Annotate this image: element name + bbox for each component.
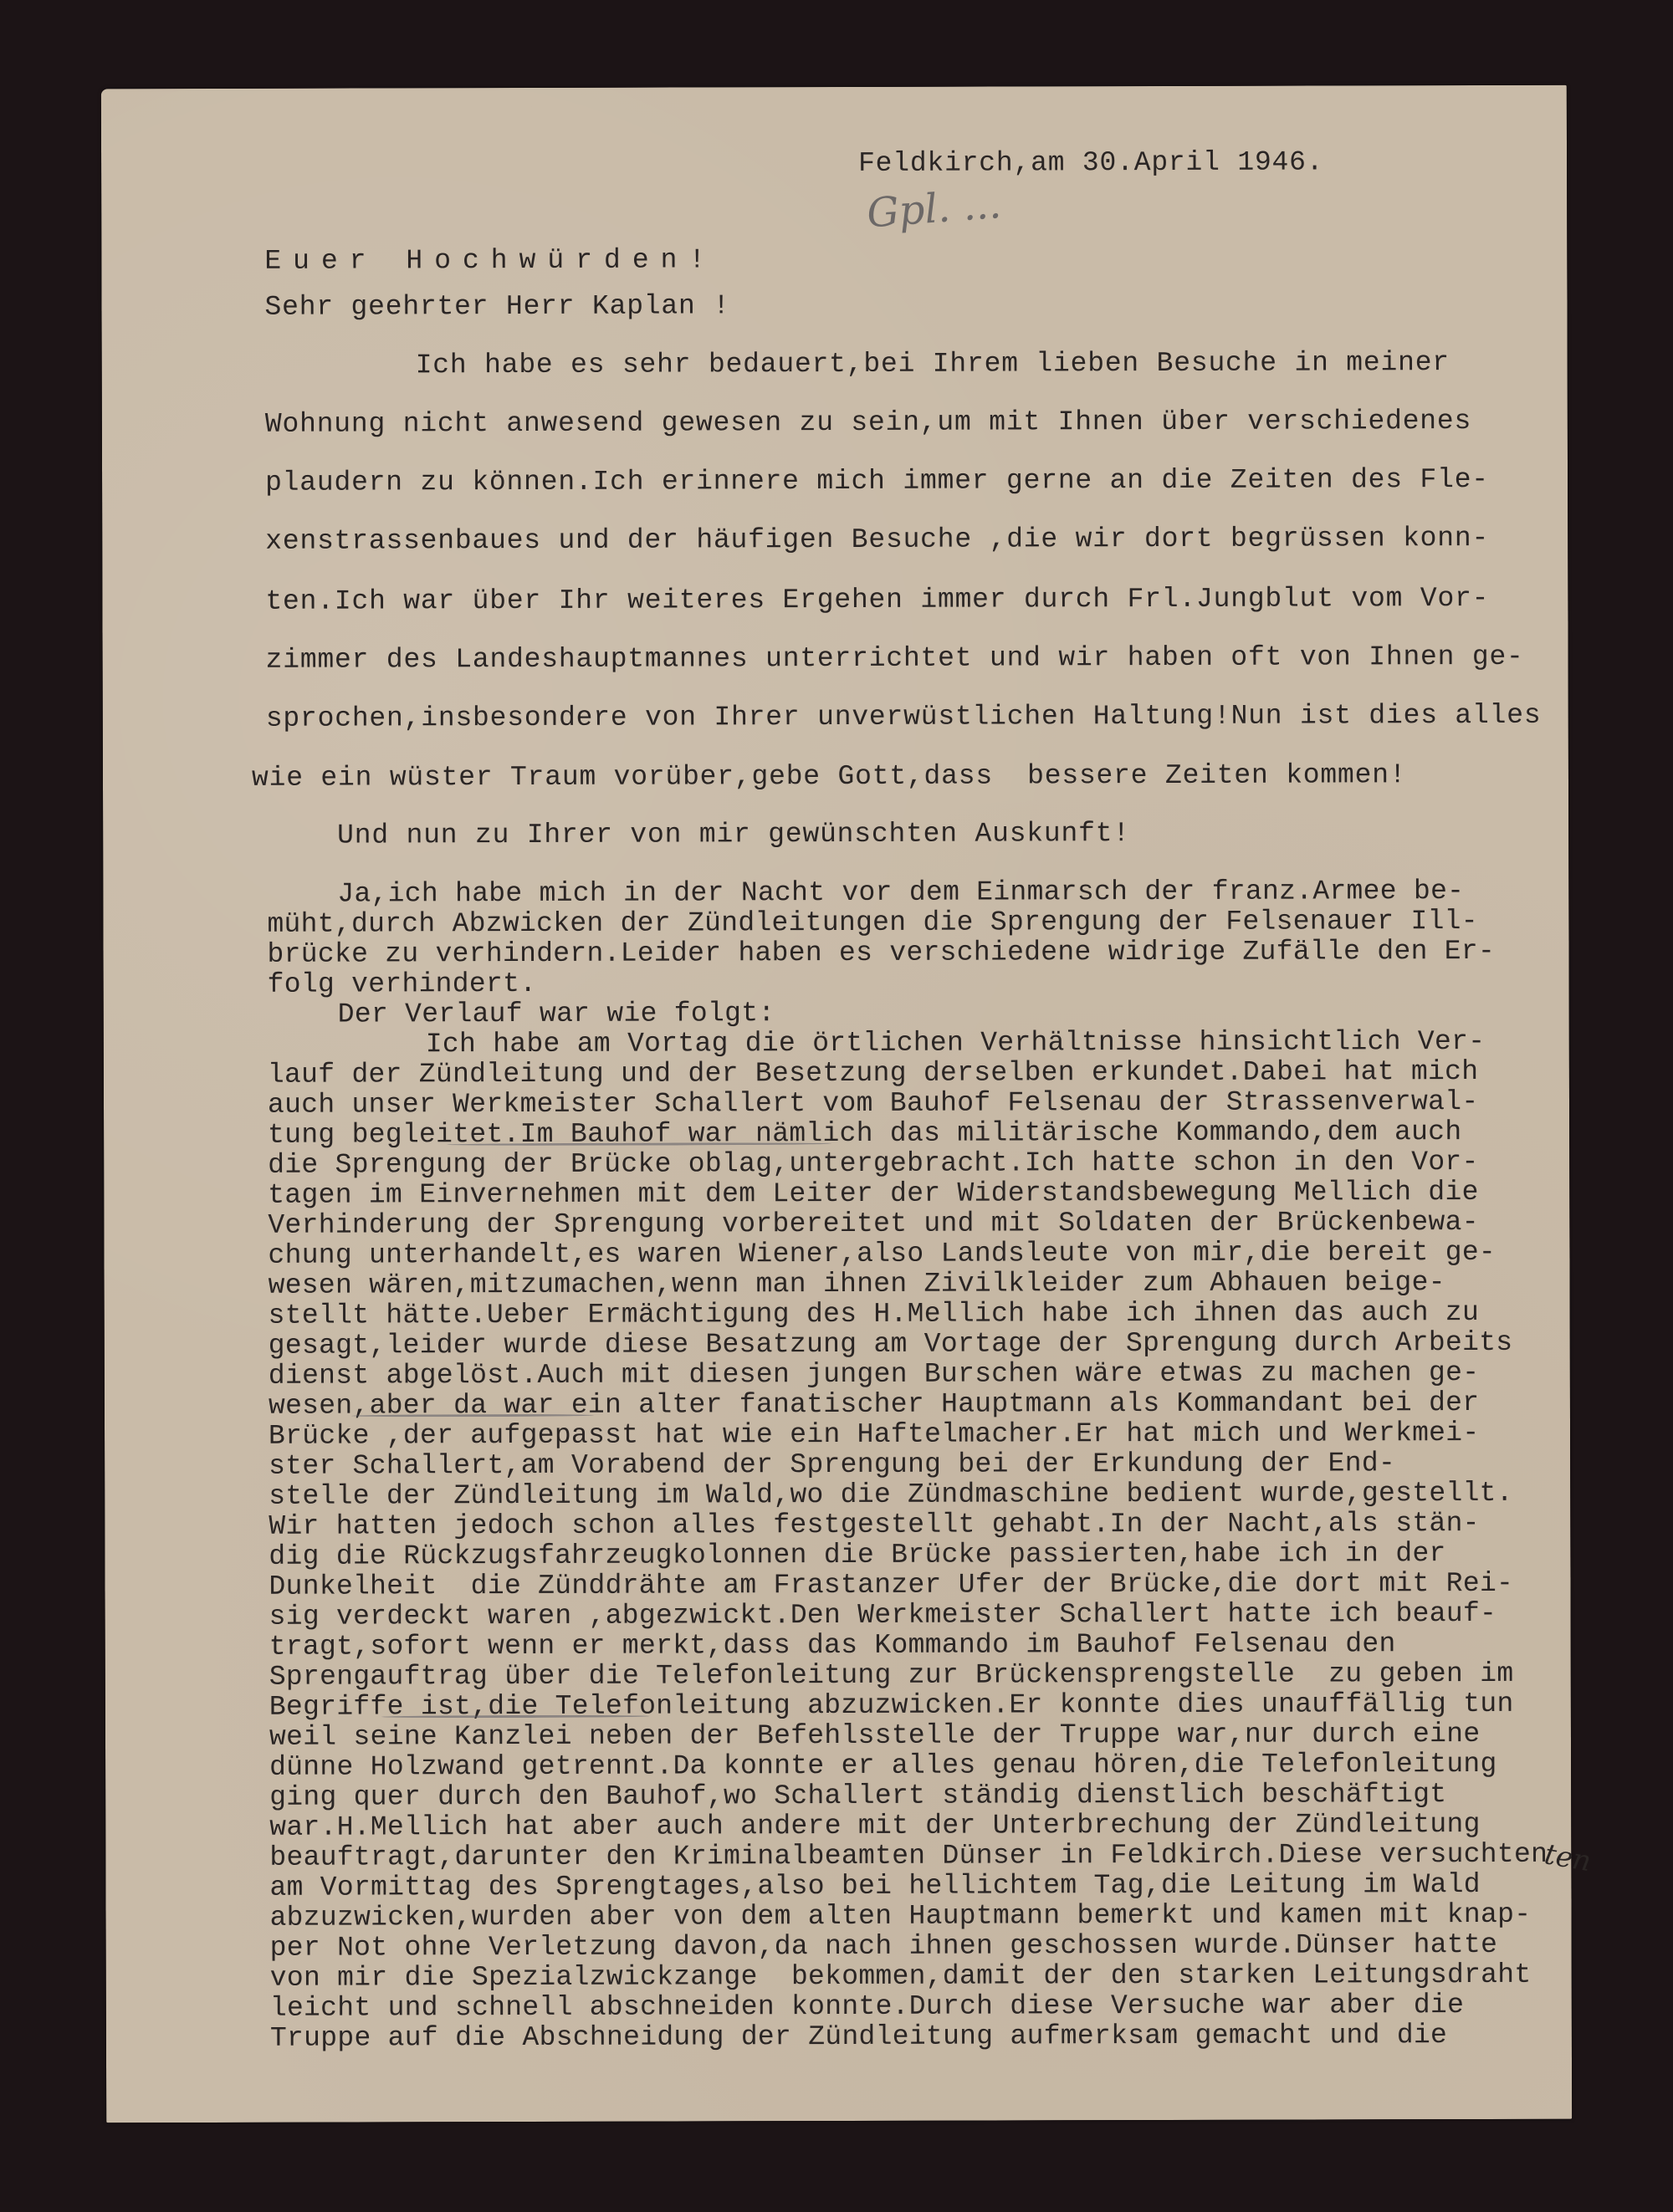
p5-line: gesagt,leider wurde diese Besatzung am V… bbox=[269, 1329, 1513, 1360]
p5-line: Truppe auf die Abschneidung der Zündleit… bbox=[270, 2021, 1447, 2052]
p5-line: am Vormittag des Sprengtages,also bei he… bbox=[269, 1871, 1481, 1902]
p1-line: Wohnung nicht anwesend gewesen zu sein,u… bbox=[265, 407, 1471, 438]
p5-line: von mir die Spezialzwickzange bekommen,d… bbox=[270, 1961, 1532, 1992]
p5-line: tagen im Einvernehmen mit dem Leiter der… bbox=[268, 1178, 1479, 1209]
p5-line: per Not ohne Verletzung davon,da nach ih… bbox=[270, 1931, 1498, 1962]
p5-line: abzuzwicken,wurden aber von dem alten Ha… bbox=[270, 1901, 1532, 1932]
p3-line: Ja,ich habe mich in der Nacht vor dem Ei… bbox=[337, 877, 1464, 908]
p5-line: Wir hatten jedoch schon alles festgestel… bbox=[269, 1510, 1480, 1540]
p5-line: wesen wären,mitzumachen,wenn man ihnen Z… bbox=[269, 1269, 1445, 1300]
handwritten-annotation: Gpl. ... bbox=[865, 181, 1002, 237]
p5-line: chung unterhandelt,es waren Wiener,also … bbox=[268, 1239, 1496, 1269]
p1-line: zimmer des Landeshauptmannes unterrichte… bbox=[266, 643, 1524, 674]
p4-line: Der Verlauf war wie folgt: bbox=[338, 999, 775, 1028]
p5-line: dig die Rückzugsfahrzeugkolonnen die Brü… bbox=[269, 1540, 1445, 1571]
p1-line: xenstrassenbaues und der häufigen Besuch… bbox=[265, 524, 1489, 555]
p5-line: Ich habe am Vortag die örtlichen Verhält… bbox=[426, 1028, 1486, 1058]
p5-line: Dunkelheit die Zünddrähte am Frastanzer … bbox=[269, 1570, 1513, 1601]
p5-line: ster Schallert,am Vorabend der Sprengung… bbox=[269, 1449, 1395, 1480]
letter-page: Feldkirch,am 30.April 1946. Gpl. ... Eue… bbox=[101, 85, 1572, 2123]
p2-line: Und nun zu Ihrer von mir gewünschten Aus… bbox=[337, 820, 1130, 849]
p5-line: Verhinderung der Sprengung vorbereitet u… bbox=[268, 1208, 1479, 1239]
p1-line: wie ein wüster Traum vorüber,gebe Gott,d… bbox=[252, 761, 1407, 792]
p3-line: brücke zu verhindern.Leider haben es ver… bbox=[267, 937, 1495, 968]
p3-line: folg verhindert. bbox=[268, 970, 537, 999]
p5-line: war.H.Mellich hat aber auch andere mit d… bbox=[269, 1811, 1481, 1842]
p1-line: sprochen,insbesondere von Ihrer unverwüs… bbox=[266, 702, 1542, 733]
handwritten-margin-correction: ten bbox=[1542, 1837, 1594, 1878]
p5-line: stelle der Zündleitung im Wald,wo die Zü… bbox=[269, 1479, 1513, 1510]
p5-line: lauf der Zündleitung und der Besetzung d… bbox=[268, 1058, 1479, 1089]
p5-line: auch unser Werkmeister Schallert vom Bau… bbox=[268, 1088, 1479, 1119]
p5-line: ging quer durch den Bauhof,wo Schallert … bbox=[269, 1780, 1446, 1811]
p1-line: ten.Ich war über Ihr weiteres Ergehen im… bbox=[265, 585, 1489, 616]
p1-line: Ich habe es sehr bedauert,bei Ihrem lieb… bbox=[416, 349, 1450, 379]
dateline: Feldkirch,am 30.April 1946. bbox=[858, 148, 1323, 176]
p5-line: weil seine Kanzlei neben der Befehlsstel… bbox=[269, 1720, 1481, 1751]
p5-line: dienst abgelöst.Auch mit diesen jungen B… bbox=[269, 1359, 1480, 1390]
p1-line: plaudern zu können.Ich erinnere mich imm… bbox=[265, 466, 1489, 497]
p5-line: sig verdeckt waren ,abgezwickt.Den Werkm… bbox=[269, 1600, 1497, 1631]
p5-line: dünne Holzwand getrennt.Da konnte er all… bbox=[269, 1750, 1497, 1781]
p5-line: leicht und schnell abschneiden konnte.Du… bbox=[270, 1991, 1464, 2022]
p5-line: Brücke ,der aufgepasst hat wie ein Hafte… bbox=[269, 1419, 1480, 1450]
p3-line: müht,durch Abzwicken der Zündleitungen d… bbox=[267, 907, 1478, 938]
p5-line: beauftragt,darunter den Kriminalbeamten … bbox=[269, 1841, 1548, 1872]
salutation-formal: Euer Hochwürden! bbox=[264, 246, 717, 274]
p5-line: tragt,sofort wenn er merkt,dass das Komm… bbox=[269, 1630, 1396, 1661]
p5-line: Sprengauftrag über die Telefonleitung zu… bbox=[269, 1660, 1514, 1691]
salutation-personal: Sehr geehrter Herr Kaplan ! bbox=[264, 292, 729, 320]
p5-line: die Sprengung der Brücke oblag,untergebr… bbox=[268, 1148, 1479, 1179]
p5-line: stellt hätte.Ueber Ermächtigung des H.Me… bbox=[269, 1299, 1480, 1330]
